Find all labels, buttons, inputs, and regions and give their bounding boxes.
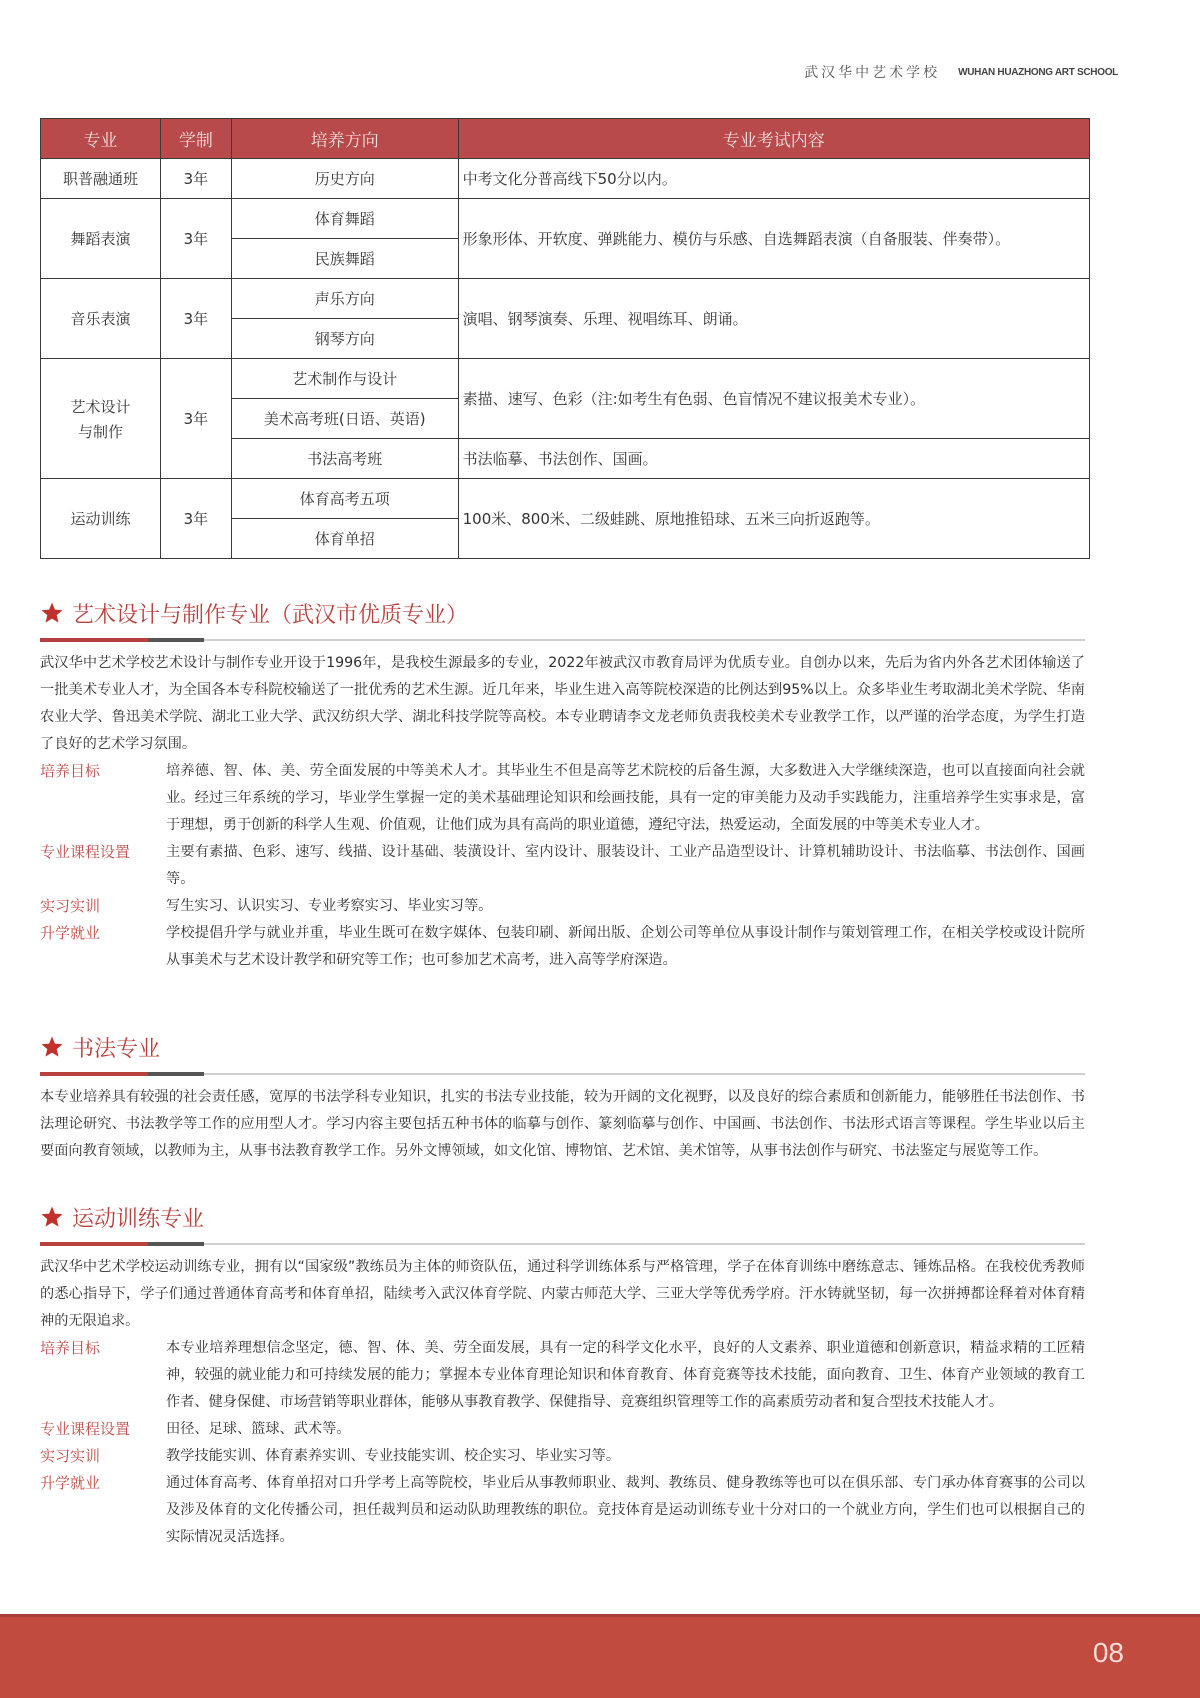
item-text: 学校提倡升学与就业并重，毕业生既可在数字媒体、包装印刷、新闻出版、企划公司等单位… (166, 920, 1085, 974)
table-row: 运动训练 3年 体育高考五项 100米、800米、二级蛙跳、原地推铅球、五米三向… (41, 479, 1090, 519)
star-icon (40, 601, 64, 625)
item-label: 培养目标 (40, 1335, 166, 1416)
header-major: 专业 (41, 119, 161, 159)
section-intro: 本专业培养具有较强的社会责任感，宽厚的书法学科专业知识，扎实的书法专业技能，较为… (40, 1084, 1085, 1165)
section-title-text: 运动训练专业 (72, 1202, 204, 1233)
header-years: 学制 (160, 119, 231, 159)
item-text: 写生实习、认识实习、专业考察实习、毕业实习等。 (166, 893, 1085, 920)
section-divider (40, 1072, 1085, 1076)
direction-cell: 书法高考班 (231, 439, 458, 479)
star-icon (40, 1205, 64, 1229)
section-intro: 武汉华中艺术学校运动训练专业，拥有以“国家级”教练员为主体的师资队伍，通过科学训… (40, 1254, 1085, 1335)
item-text: 通过体育高考、体育单招对口升学考上高等院校，毕业后从事教师职业、裁判、教练员、健… (166, 1470, 1085, 1551)
exam-cell: 形象形体、开软度、弹跳能力、模仿与乐感、自选舞蹈表演（自备服装、伴奏带）。 (458, 199, 1089, 279)
major-cell: 艺术设计 与制作 (41, 359, 161, 479)
major-line-1: 艺术设计 (41, 396, 160, 417)
item-label: 升学就业 (40, 920, 166, 974)
item-label: 专业课程设置 (40, 1416, 166, 1443)
exam-cell: 素描、速写、色彩（注:如考生有色弱、色盲情况不建议报美术专业）。 (458, 359, 1089, 439)
school-name-en: WUHAN HUAZHONG ART SCHOOL (958, 67, 1118, 78)
school-name-cn: 武汉华中艺术学校 (804, 62, 940, 82)
item-training-goal: 培养目标 培养德、智、体、美、劳全面发展的中等美术人才。其毕业生不但是高等艺术院… (40, 758, 1085, 839)
direction-cell: 体育单招 (231, 519, 458, 559)
major-cell: 音乐表演 (41, 279, 161, 359)
item-text: 培养德、智、体、美、劳全面发展的中等美术人才。其毕业生不但是高等艺术院校的后备生… (166, 758, 1085, 839)
item-label: 升学就业 (40, 1470, 166, 1551)
section-title: 书法专业 (40, 1030, 1085, 1064)
major-line-2: 与制作 (41, 421, 160, 442)
majors-table: 专业 学制 培养方向 专业考试内容 职普融通班 3年 历史方向 中考文化分普高线… (40, 118, 1090, 559)
major-cell: 职普融通班 (41, 159, 161, 199)
section-title: 运动训练专业 (40, 1200, 1085, 1234)
star-icon (40, 1035, 64, 1059)
item-label: 专业课程设置 (40, 839, 166, 893)
years-cell: 3年 (160, 279, 231, 359)
section-art-design: 艺术设计与制作专业（武汉市优质专业） 武汉华中艺术学校艺术设计与制作专业开设于1… (40, 596, 1085, 974)
item-text: 主要有素描、色彩、速写、线描、设计基础、装潢设计、室内设计、服装设计、工业产品造… (166, 839, 1085, 893)
years-cell: 3年 (160, 159, 231, 199)
direction-cell: 体育高考五项 (231, 479, 458, 519)
section-title-text: 艺术设计与制作专业（武汉市优质专业） (72, 598, 468, 629)
item-label: 培养目标 (40, 758, 166, 839)
item-career: 升学就业 通过体育高考、体育单招对口升学考上高等院校，毕业后从事教师职业、裁判、… (40, 1470, 1085, 1551)
item-career: 升学就业 学校提倡升学与就业并重，毕业生既可在数字媒体、包装印刷、新闻出版、企划… (40, 920, 1085, 974)
item-curriculum: 专业课程设置 田径、足球、篮球、武术等。 (40, 1416, 1085, 1443)
item-text: 教学技能实训、体育素养实训、专业技能实训、校企实习、毕业实习等。 (166, 1443, 1085, 1470)
table-row: 舞蹈表演 3年 体育舞蹈 形象形体、开软度、弹跳能力、模仿与乐感、自选舞蹈表演（… (41, 199, 1090, 239)
direction-cell: 钢琴方向 (231, 319, 458, 359)
page-number: 08 (1093, 1637, 1124, 1669)
item-label: 实习实训 (40, 1443, 166, 1470)
header-exam: 专业考试内容 (458, 119, 1089, 159)
exam-cell: 中考文化分普高线下50分以内。 (458, 159, 1089, 199)
item-internship: 实习实训 写生实习、认识实习、专业考察实习、毕业实习等。 (40, 893, 1085, 920)
footer-bar: 08 (0, 1614, 1200, 1698)
exam-cell: 100米、800米、二级蛙跳、原地推铅球、五米三向折返跑等。 (458, 479, 1089, 559)
table-header-row: 专业 学制 培养方向 专业考试内容 (41, 119, 1090, 159)
page-header: 武汉华中艺术学校 WUHAN HUAZHONG ART SCHOOL (804, 62, 1118, 82)
item-curriculum: 专业课程设置 主要有素描、色彩、速写、线描、设计基础、装潢设计、室内设计、服装设… (40, 839, 1085, 893)
table-row: 音乐表演 3年 声乐方向 演唱、钢琴演奏、乐理、视唱练耳、朗诵。 (41, 279, 1090, 319)
major-cell: 运动训练 (41, 479, 161, 559)
item-text: 本专业培养理想信念坚定，德、智、体、美、劳全面发展，具有一定的科学文化水平，良好… (166, 1335, 1085, 1416)
years-cell: 3年 (160, 199, 231, 279)
item-training-goal: 培养目标 本专业培养理想信念坚定，德、智、体、美、劳全面发展，具有一定的科学文化… (40, 1335, 1085, 1416)
section-intro: 武汉华中艺术学校艺术设计与制作专业开设于1996年，是我校生源最多的专业，202… (40, 650, 1085, 758)
years-cell: 3年 (160, 359, 231, 479)
section-divider (40, 1242, 1085, 1246)
direction-cell: 民族舞蹈 (231, 239, 458, 279)
section-divider (40, 638, 1085, 642)
direction-cell: 艺术制作与设计 (231, 359, 458, 399)
header-direction: 培养方向 (231, 119, 458, 159)
section-title: 艺术设计与制作专业（武汉市优质专业） (40, 596, 1085, 630)
direction-cell: 体育舞蹈 (231, 199, 458, 239)
exam-cell: 书法临摹、书法创作、国画。 (458, 439, 1089, 479)
exam-cell: 演唱、钢琴演奏、乐理、视唱练耳、朗诵。 (458, 279, 1089, 359)
section-calligraphy: 书法专业 本专业培养具有较强的社会责任感，宽厚的书法学科专业知识，扎实的书法专业… (40, 1030, 1085, 1165)
item-internship: 实习实训 教学技能实训、体育素养实训、专业技能实训、校企实习、毕业实习等。 (40, 1443, 1085, 1470)
item-label: 实习实训 (40, 893, 166, 920)
table-row: 职普融通班 3年 历史方向 中考文化分普高线下50分以内。 (41, 159, 1090, 199)
table-row: 艺术设计 与制作 3年 艺术制作与设计 素描、速写、色彩（注:如考生有色弱、色盲… (41, 359, 1090, 399)
direction-cell: 声乐方向 (231, 279, 458, 319)
section-title-text: 书法专业 (72, 1032, 160, 1063)
item-text: 田径、足球、篮球、武术等。 (166, 1416, 1085, 1443)
direction-cell: 历史方向 (231, 159, 458, 199)
major-cell: 舞蹈表演 (41, 199, 161, 279)
direction-cell: 美术高考班(日语、英语) (231, 399, 458, 439)
section-sports-training: 运动训练专业 武汉华中艺术学校运动训练专业，拥有以“国家级”教练员为主体的师资队… (40, 1200, 1085, 1551)
years-cell: 3年 (160, 479, 231, 559)
